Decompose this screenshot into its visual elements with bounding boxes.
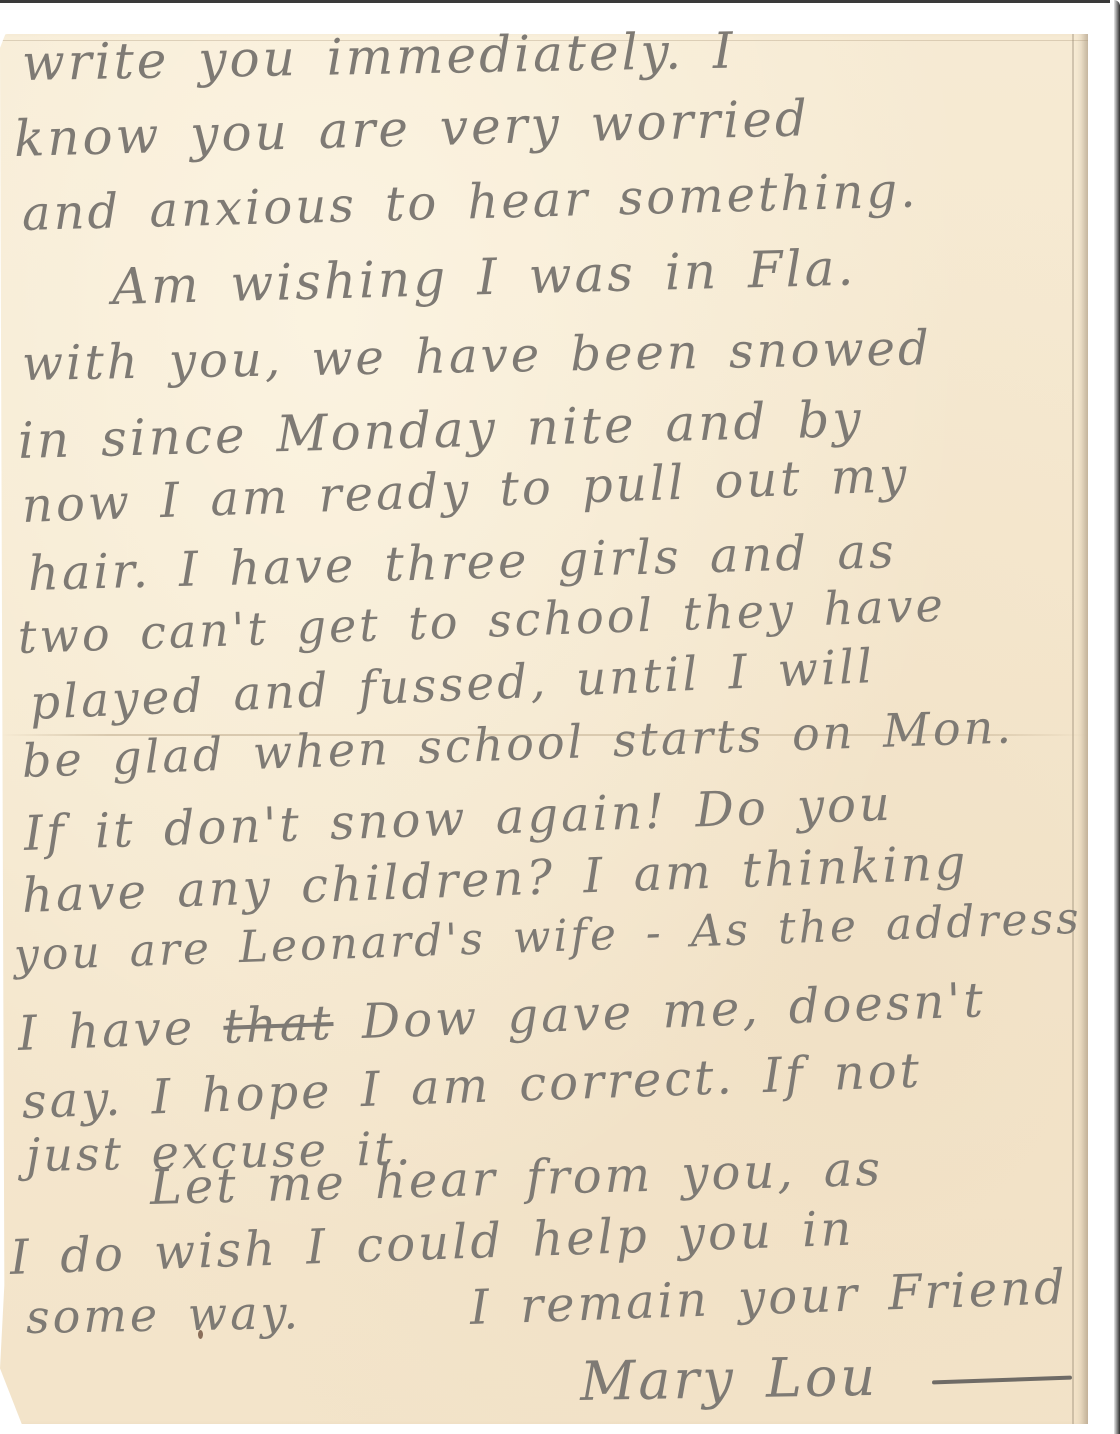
paper-fold-edge	[1072, 34, 1074, 1424]
paper-speck	[198, 1330, 203, 1339]
letter-line-20: some way.	[26, 1285, 302, 1344]
scan-border-right	[1114, 0, 1120, 1434]
signature: Mary Lou	[579, 1345, 878, 1413]
scan-frame: write you immediately. I know you are ve…	[0, 0, 1120, 1434]
struck-word: that	[222, 995, 334, 1055]
scan-border-top	[0, 0, 1110, 3]
